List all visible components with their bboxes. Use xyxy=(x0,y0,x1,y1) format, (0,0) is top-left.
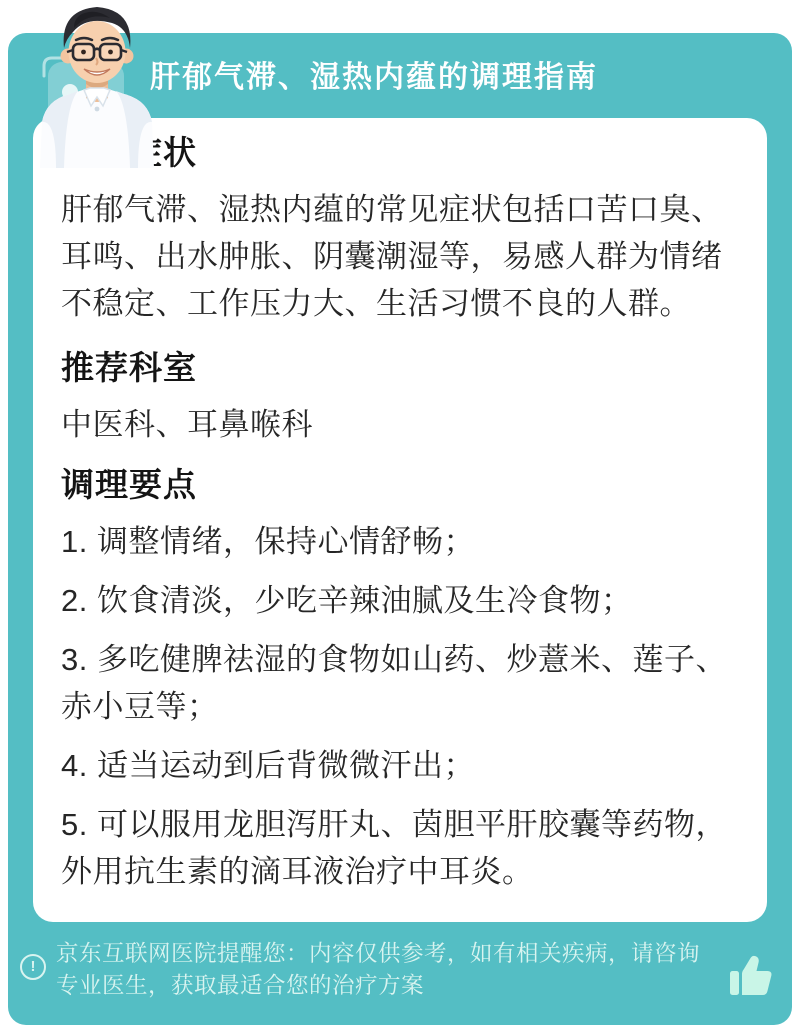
tip-item-2: 2. 饮食清淡，少吃辛辣油腻及生冷食物； xyxy=(61,577,739,624)
section-heading-tips: 调理要点 xyxy=(61,466,739,504)
circle-exclamation-icon: ! xyxy=(20,954,46,980)
symptoms-text: 肝郁气滞、湿热内蕴的常见症状包括口苦口臭、耳鸣、出水肿胀、阴囊潮湿等，易感人群为… xyxy=(61,186,739,327)
disclaimer-text: 京东互联网医院提醒您：内容仅供参考，如有相关疾病，请咨询专业医生，获取最适合您的… xyxy=(56,938,720,1002)
content-card: 常见症状 肝郁气滞、湿热内蕴的常见症状包括口苦口臭、耳鸣、出水肿胀、阴囊潮湿等，… xyxy=(33,118,767,922)
department-text: 中医科、耳鼻喉科 xyxy=(61,401,739,448)
disclaimer-bar: ! 京东互联网医院提醒您：内容仅供参考，如有相关疾病，请咨询专业医生，获取最适合… xyxy=(20,938,720,1002)
tip-item-4: 4. 适当运动到后背微微汗出； xyxy=(61,742,739,789)
tip-item-5: 5. 可以服用龙胆泻肝丸、茵胆平肝胶囊等药物，外用抗生素的滴耳液治疗中耳炎。 xyxy=(61,801,739,895)
tip-item-1: 1. 调整情绪，保持心情舒畅； xyxy=(61,518,739,565)
doctor-avatar xyxy=(26,0,168,168)
article-title: 肝郁气滞、湿热内蕴的调理指南 xyxy=(150,52,598,96)
section-heading-department: 推荐科室 xyxy=(61,349,739,387)
thumbs-up-icon[interactable] xyxy=(726,950,776,1000)
tip-item-3: 3. 多吃健脾祛湿的食物如山药、炒薏米、莲子、赤小豆等； xyxy=(61,636,739,730)
